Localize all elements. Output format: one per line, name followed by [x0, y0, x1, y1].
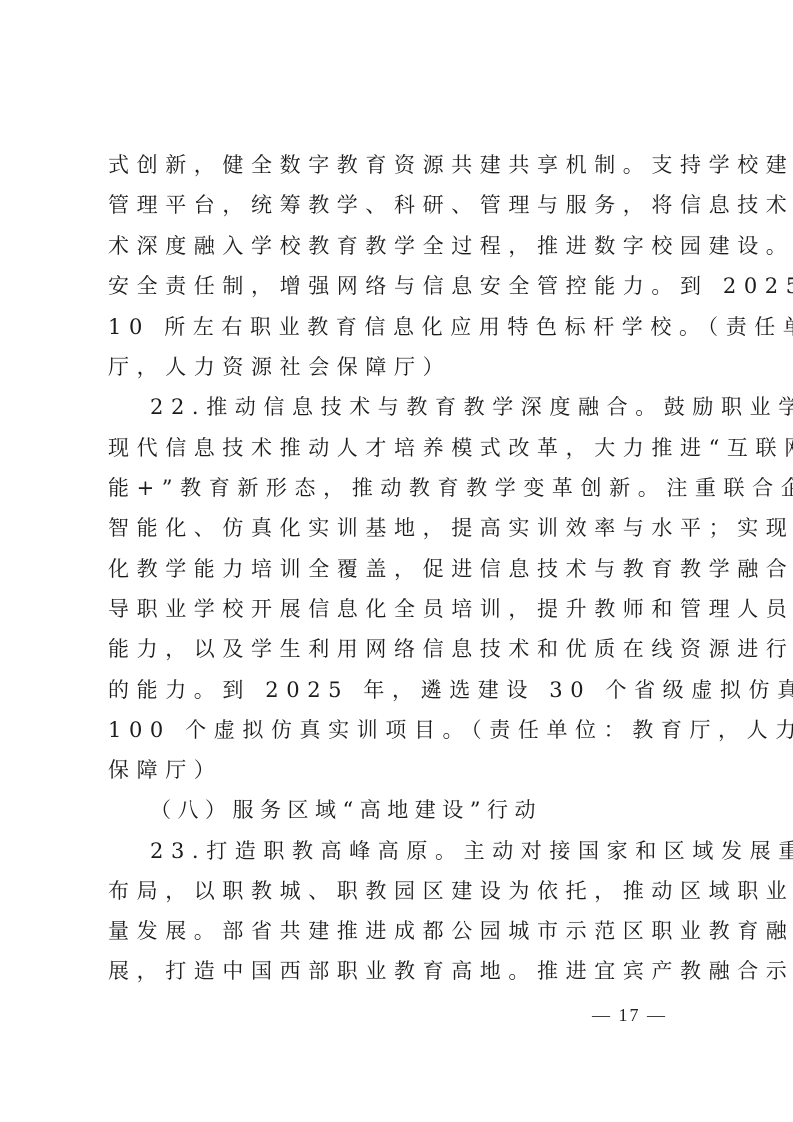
- section-heading: （八）服务区域“高地建设”行动: [150, 790, 750, 830]
- text-line: 量发展。部省共建推进成都公园城市示范区职业教育融合创新发: [108, 911, 708, 951]
- paragraph-23-start: 23.打造职教高峰高原。主动对接国家和区域发展重大战略: [150, 831, 750, 871]
- text-line: 术深度融入学校教育教学全过程，推进数字校园建设。落实网络: [108, 226, 708, 266]
- text-line: 展，打造中国西部职业教育高地。推进宜宾产教融合示范城市建: [108, 951, 708, 991]
- page-number: — 17 —: [592, 1000, 702, 1030]
- text-line: 能+”教育新形态，推动教育教学变革创新。注重联合企业打造: [108, 468, 708, 508]
- document-page: 式创新，健全数字教育资源共建共享机制。支持学校建设智能化 管理平台，统筹教学、科…: [0, 0, 793, 1122]
- paragraph-22-start: 22.推动信息技术与教育教学深度融合。鼓励职业学校利用: [150, 387, 750, 427]
- text-line: 管理平台，统筹教学、科研、管理与服务，将信息技术和智能技: [108, 185, 708, 225]
- text-line: 现代信息技术推动人才培养模式改革，大力推进“互联网+”“智: [108, 428, 708, 468]
- text-line: 能力，以及学生利用网络信息技术和优质在线资源进行自主学习: [108, 629, 708, 669]
- text-line: 式创新，健全数字教育资源共建共享机制。支持学校建设智能化: [108, 145, 708, 185]
- text-line: 化教学能力培训全覆盖，促进信息技术与教育教学融合创新。引: [108, 549, 708, 589]
- text-line: 100 个虚拟仿真实训项目。（责任单位：教育厅，人力资源社会: [108, 710, 708, 750]
- text-line: 保障厅）: [108, 750, 708, 790]
- text-line: 安全责任制，增强网络与信息安全管控能力。到 2025 年，遴选: [108, 266, 708, 306]
- text-line: 厅，人力资源社会保障厅）: [108, 347, 708, 387]
- text-line: 导职业学校开展信息化全员培训，提升教师和管理人员的信息化: [108, 589, 708, 629]
- text-line: 布局，以职教城、职教园区建设为依托，推动区域职业教育高质: [108, 871, 708, 911]
- text-line: 智能化、仿真化实训基地，提高实训效率与水平；实现教师信息: [108, 508, 708, 548]
- text-line: 的能力。到 2025 年，遴选建设 30 个省级虚拟仿真实训基地和: [108, 670, 708, 710]
- text-line: 10 所左右职业教育信息化应用特色标杆学校。（责任单位：教育: [108, 307, 708, 347]
